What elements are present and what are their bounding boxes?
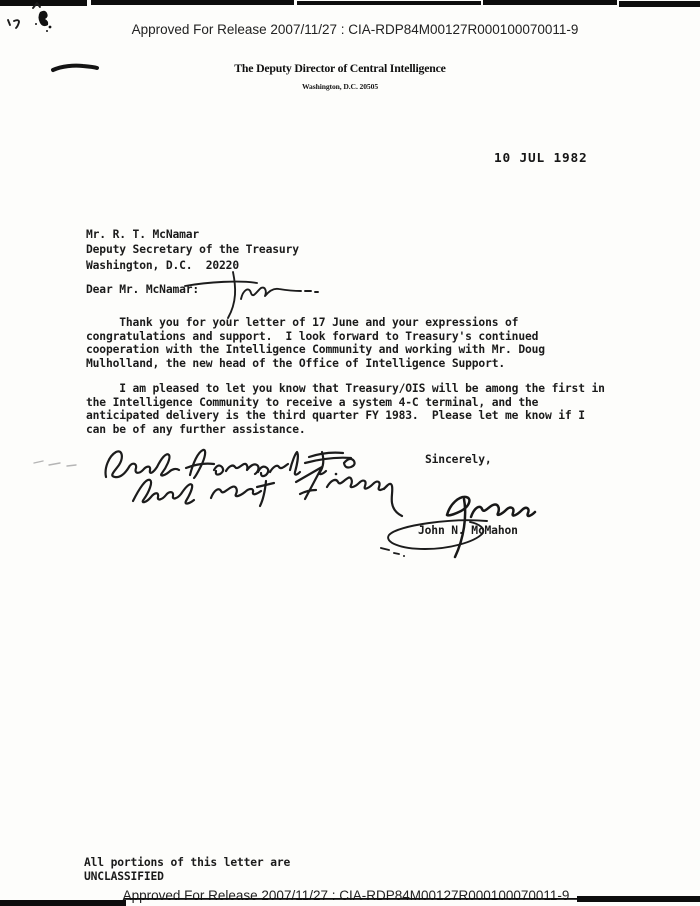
- scanned-letter-page: Approved For Release 2007/11/27 : CIA-RD…: [0, 0, 700, 906]
- letterhead-title: The Deputy Director of Central Intellige…: [0, 61, 680, 76]
- letterhead-address: Washington, D.C. 20505: [0, 82, 680, 91]
- signer-typed-name: John N. McMahon: [418, 524, 518, 538]
- recipient-name: Mr. R. T. McNamar: [86, 227, 199, 242]
- classification-banner-top: Approved For Release 2007/11/27 : CIA-RD…: [5, 22, 700, 37]
- handwritten-note-line2: [133, 467, 402, 516]
- handwritten-salutation-overwrite: [185, 272, 318, 318]
- valediction: Sincerely,: [425, 453, 492, 467]
- classification-banner-bottom: Approved For Release 2007/11/27 : CIA-RD…: [0, 888, 692, 903]
- handwritten-note-line1: [106, 450, 355, 478]
- body-paragraph-2: I am pleased to let you know that Treasu…: [86, 382, 605, 436]
- body-paragraph-1: Thank you for your letter of 17 June and…: [86, 316, 545, 370]
- top-edge-scan-bar: [0, 0, 700, 7]
- salutation: Dear Mr. McNamar:: [86, 283, 199, 297]
- date-stamp: 10 JUL 1982: [494, 151, 588, 166]
- classification-note: All portions of this letter are UNCLASSI…: [84, 856, 290, 883]
- pencil-marks-left-margin: [34, 461, 76, 466]
- recipient-title: Deputy Secretary of the Treasury: [86, 242, 299, 257]
- handwriting-and-artifacts-layer: [0, 0, 700, 906]
- recipient-city: Washington, D.C. 20220: [86, 258, 239, 273]
